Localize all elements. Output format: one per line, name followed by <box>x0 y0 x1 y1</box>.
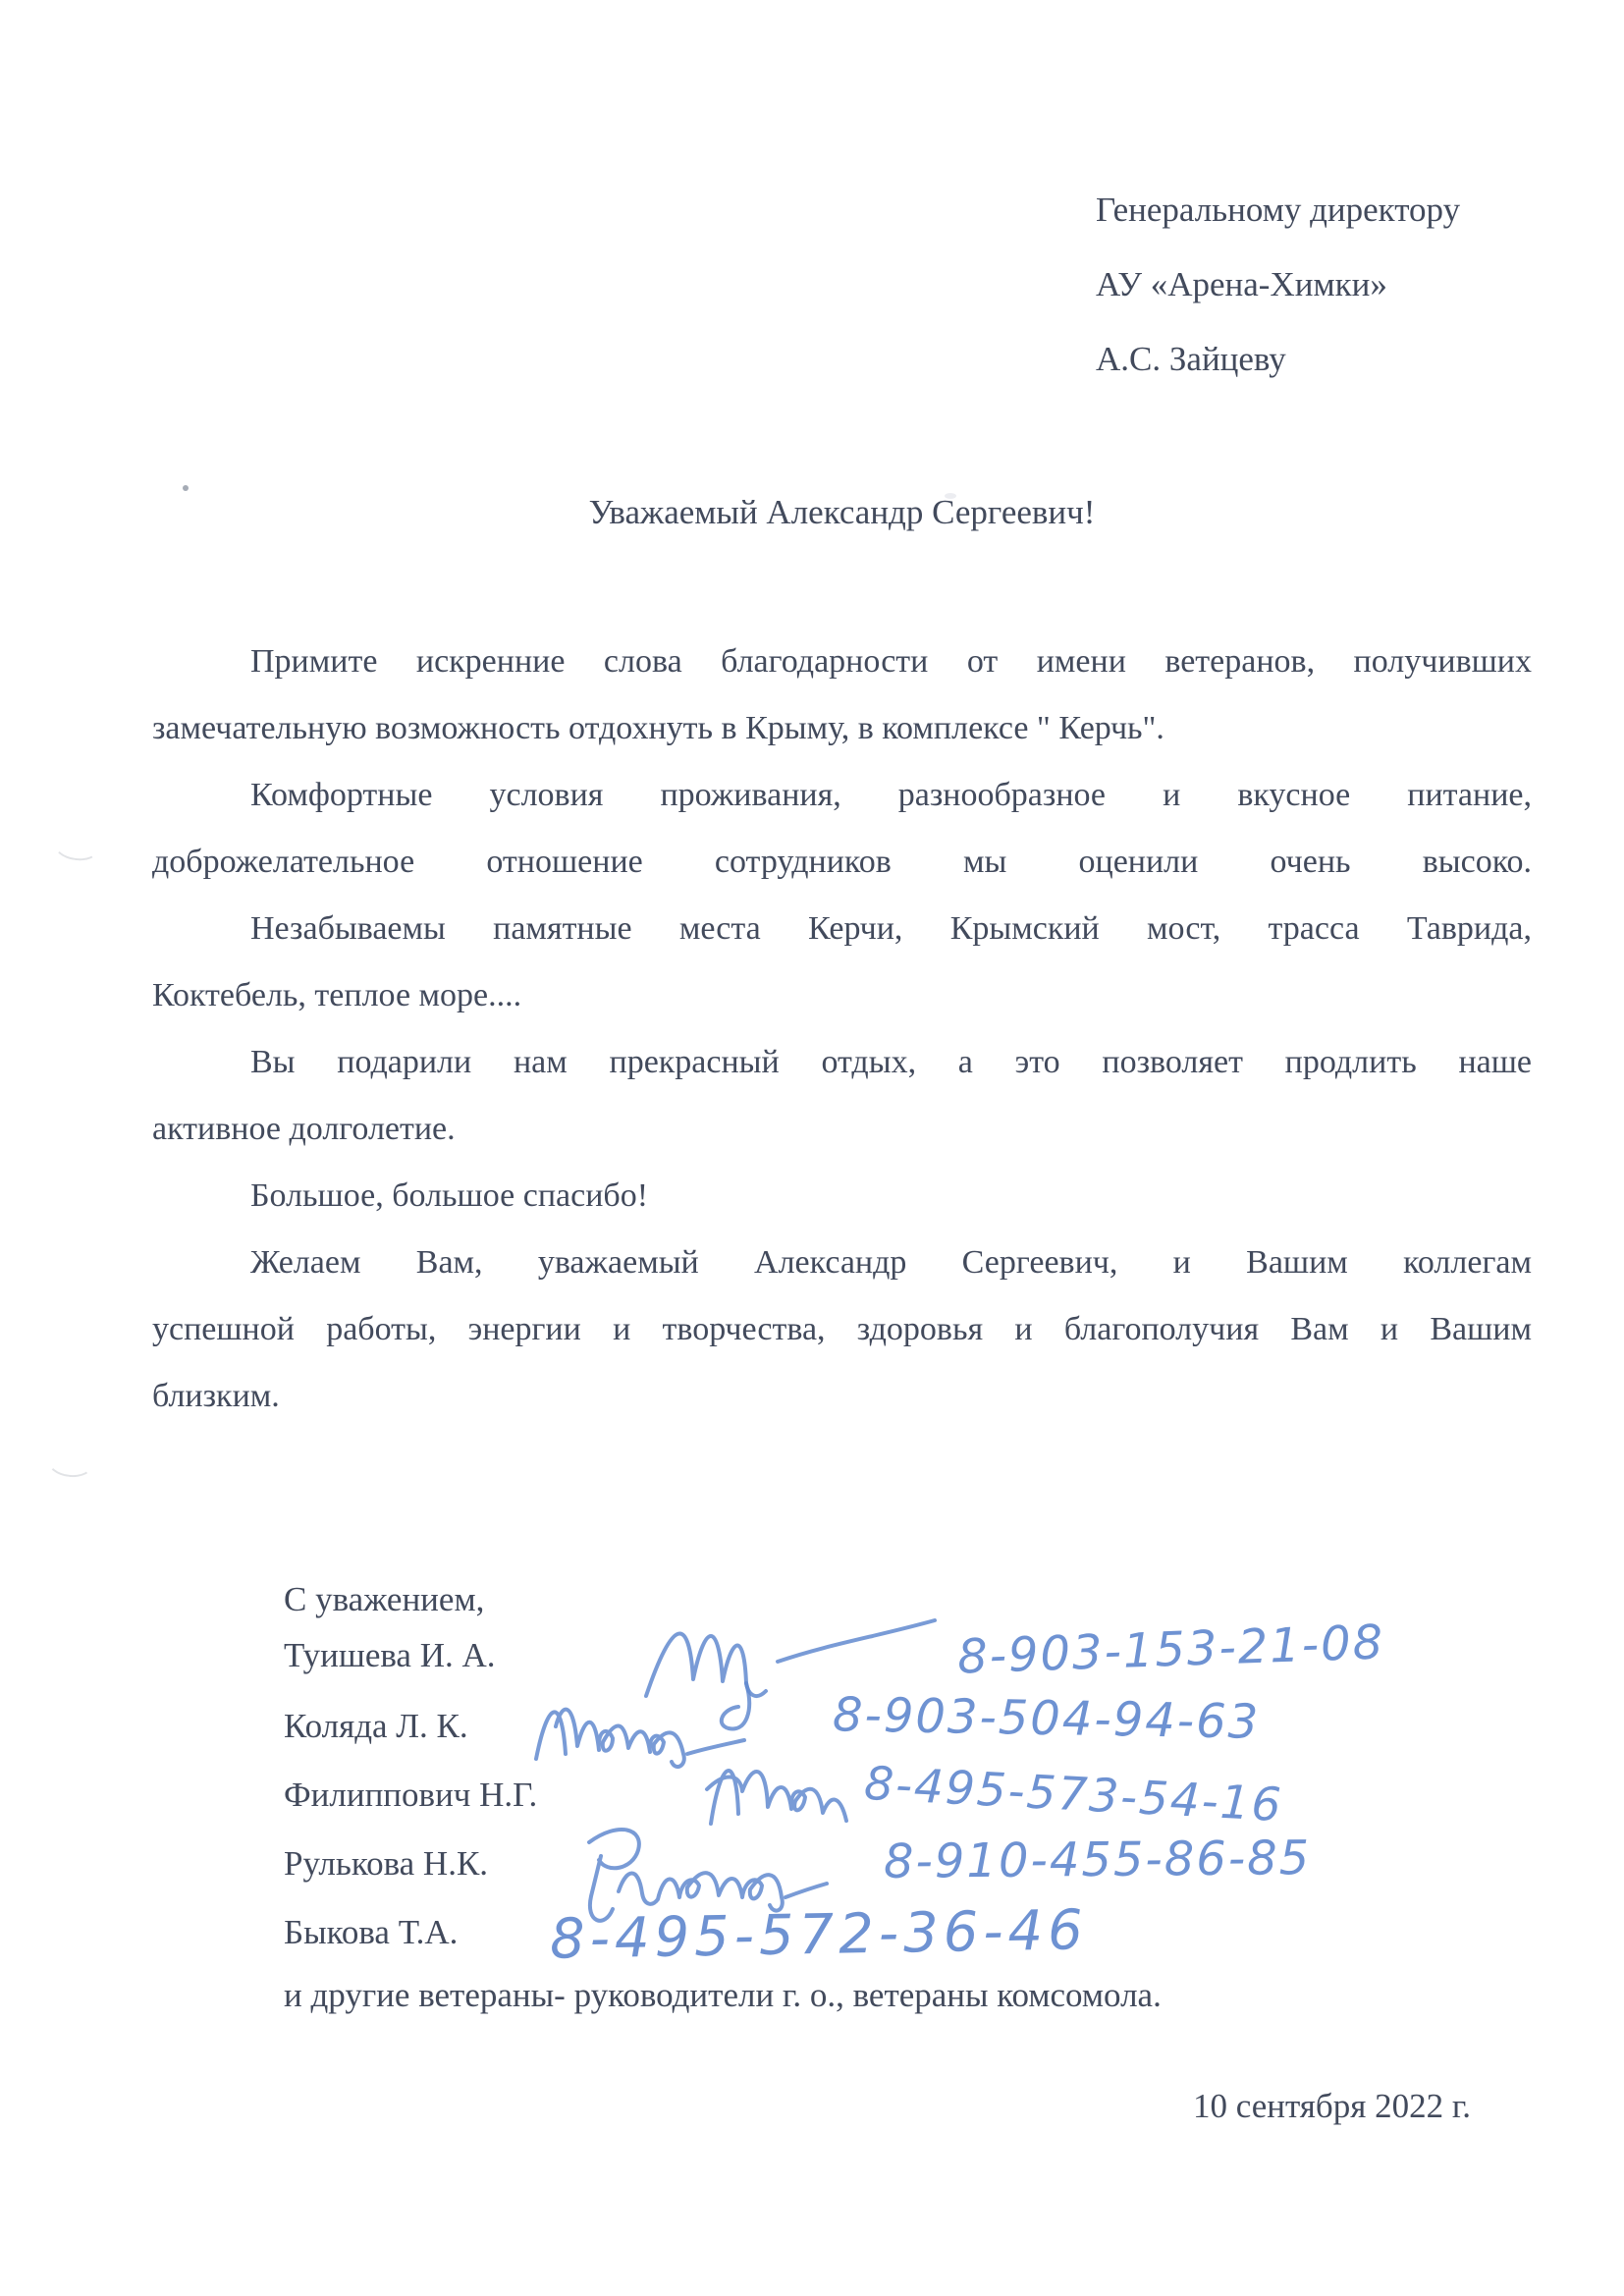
postscript-line: и другие ветераны- руководители г. о., в… <box>284 1974 1162 2017</box>
phone-kolyada: 8-903-504-94-63 <box>833 1687 1261 1750</box>
phone-filippovich: 8-495-573-54-16 <box>863 1757 1284 1832</box>
body-line: Комфортные условия проживания, разнообра… <box>152 762 1532 829</box>
body-line: доброжелательное отношение сотрудников м… <box>152 829 1532 896</box>
salutation: Уважаемый Александр Сергеевич! <box>152 491 1532 534</box>
signatory-name-filippovich: Филиппович Н.Г. <box>284 1774 537 1817</box>
body-line: Примите искренние слова благодарности от… <box>152 629 1532 695</box>
recipient-line: АУ «Арена-Химки» <box>1096 247 1460 322</box>
body-line: активное долголетие. <box>152 1096 1532 1163</box>
closing-label: С уважением, <box>284 1578 484 1621</box>
signatory-name-tuisheva: Туишева И. А. <box>284 1634 496 1677</box>
signatory-name-rulkova: Рулькова Н.К. <box>284 1842 488 1886</box>
signatory-name-kolyada: Коляда Л. К. <box>284 1705 468 1748</box>
recipient-line: А.С. Зайцеву <box>1096 322 1460 397</box>
recipient-block: Генеральному директору АУ «Арена-Химки» … <box>1096 173 1460 397</box>
phone-rulkova: 8-910-455-86-85 <box>884 1831 1312 1889</box>
date-line: 10 сентября 2022 г. <box>1193 2085 1471 2128</box>
body-line: замечательную возможность отдохнуть в Кр… <box>152 695 1532 762</box>
document-page: Генеральному директору АУ «Арена-Химки» … <box>0 0 1624 2296</box>
body-line: успешной работы, энергии и творчества, з… <box>152 1296 1532 1363</box>
body-line: Большое, большое спасибо! <box>152 1163 1532 1230</box>
scan-artifact-curve <box>52 830 100 863</box>
letter-body: Примите искренние слова благодарности от… <box>152 629 1532 1430</box>
recipient-line: Генеральному директору <box>1096 173 1460 247</box>
body-line: Желаем Вам, уважаемый Александр Сергееви… <box>152 1230 1532 1296</box>
scan-artifact-dot <box>183 485 189 491</box>
signatory-name-bykova: Быкова Т.А. <box>284 1911 458 1954</box>
phone-bykova: 8-495-572-36-46 <box>549 1898 1088 1972</box>
scan-artifact-smudge <box>945 493 956 499</box>
body-line: Коктебель, теплое море.... <box>152 962 1532 1029</box>
body-line: Незабываемы памятные места Керчи, Крымск… <box>152 896 1532 962</box>
phone-tuisheva: 8-903-153-21-08 <box>956 1614 1385 1684</box>
body-line: близким. <box>152 1363 1532 1430</box>
scan-artifact-curve <box>45 1444 95 1480</box>
body-line: Вы подарили нам прекрасный отдых, а это … <box>152 1029 1532 1096</box>
